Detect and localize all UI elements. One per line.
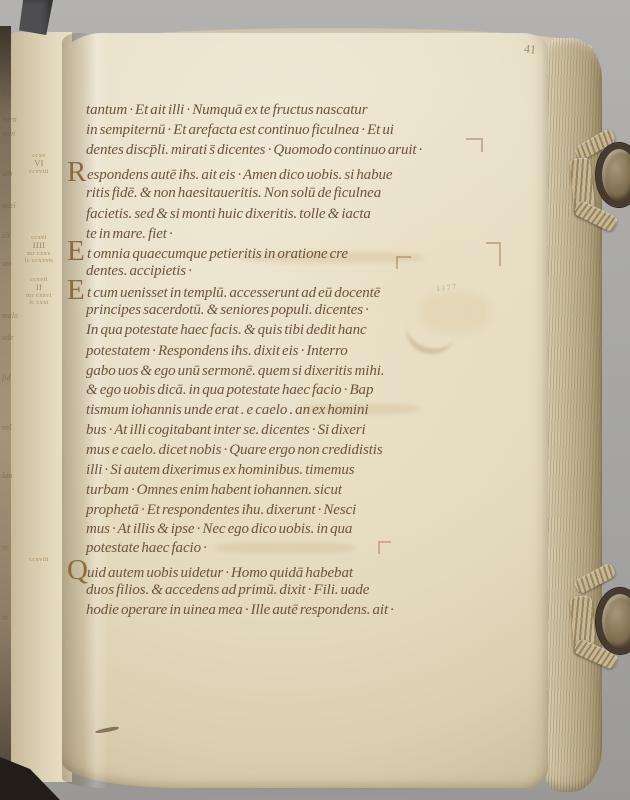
manuscript-line-text: principes sacerdotū. & seniores populi. …	[86, 302, 369, 318]
canon-note-line: mr cxxv	[20, 250, 58, 257]
leaf-edge-text-fragment: um	[2, 260, 32, 268]
manuscript-line: Et cum uenisset in templū. accesserunt a…	[67, 281, 380, 302]
manuscript-line: gabo uos & ego unū sermonē. quem si dixe…	[86, 363, 384, 380]
canon-note-line: mr cxxvi	[20, 292, 58, 299]
manuscript-line: illi · Si autem dixerimus ex hominibus. …	[86, 462, 355, 479]
offset-bracket-mark	[466, 138, 483, 152]
manuscript-line-text: illi · Si autem dixerimus ex hominibus. …	[86, 462, 355, 478]
manuscript-line-text: hodie operare in uinea mea · Ille autē r…	[86, 602, 394, 618]
manuscript-line: Quid autem uobis uidetur · Homo quidā ha…	[67, 561, 353, 582]
leaf-edge-text-fragment: urbi	[2, 130, 32, 138]
leaf-edge-text-fragment: uth	[2, 170, 32, 178]
canon-note-line: lc cxxi	[20, 299, 58, 306]
manuscript-line-text: & ego uobis dicā. in qua potestate haec …	[86, 382, 373, 398]
manuscript-line: duos filios. & accedens ad primū. dixit …	[86, 582, 369, 599]
canon-margin-note: ccxviiIImr cxxvilc cxxi	[20, 276, 58, 306]
manuscript-line-text: dentes discp̄li. mirati s̄ dicentes · Qu…	[86, 142, 422, 158]
manuscript-line-text: bus · At illi cogitabant inter se. dicen…	[86, 422, 366, 438]
illuminated-initial: R	[67, 165, 87, 179]
manuscript-line-text: ritis fidē. & non haesitaueritis. Non so…	[86, 185, 381, 201]
leaf-edge-text-fragment: nrī	[2, 424, 32, 432]
leaf-edge-text-fragment: fid	[2, 374, 32, 382]
manuscript-line: prophetā · Et respondentes iħu. dixerunt…	[86, 502, 356, 519]
manuscript-line: tismum iohannis unde erat . e caelo . an…	[86, 402, 368, 419]
leaf-edge-text-fragment: m	[2, 614, 32, 622]
manuscript-line-text: potestatem · Respondens iħs. dixit eis ·…	[86, 343, 348, 359]
manuscript-line-text: potestate haec facio ·	[86, 540, 207, 556]
manuscript-line-text: espondens autē iħs. ait eis · Amen dico …	[87, 167, 392, 183]
canon-note-line: IIII	[20, 241, 58, 250]
manuscript-line-text: tismum iohannis unde erat . e caelo . an…	[86, 402, 368, 418]
manuscript-line: facietis. sed & si monti huic dixeritis.…	[86, 206, 371, 223]
canon-note-line: II	[20, 283, 58, 292]
leaf-edge-text-fragment: fec	[2, 90, 32, 98]
manuscript-line: tantum · Et ait illi · Numquā ex te fruc…	[86, 102, 367, 119]
manuscript-line: mus · At illis & ipse · Nec ego dico uob…	[86, 521, 352, 538]
canon-note-line: ccxviii	[20, 556, 58, 563]
manuscript-line-text: uid autem uobis uidetur · Homo quidā hab…	[87, 565, 353, 581]
manuscript-line-text: facietis. sed & si monti huic dixeritis.…	[86, 206, 371, 222]
illuminated-initial: Q	[67, 563, 87, 577]
offset-bracket-mark	[486, 242, 501, 266]
spine-edge	[0, 26, 11, 774]
manuscript-line-text: tantum · Et ait illi · Numquā ex te fruc…	[86, 102, 367, 118]
canon-margin-note: ccxviii	[20, 556, 58, 563]
manuscript-line: ritis fidē. & non haesitaueritis. Non so…	[86, 185, 381, 202]
canon-note-line: VI	[20, 159, 58, 168]
leaf-edge-text-fragment: mala	[2, 312, 32, 320]
offset-bracket-mark	[396, 256, 411, 269]
manuscript-line-text: te in mare. fiet ·	[86, 226, 173, 242]
illuminated-initial: E	[67, 244, 87, 258]
manuscript-line: potestate haec facio ·	[86, 540, 207, 557]
illuminated-initial: E	[67, 283, 87, 297]
pencil-annotation: 1177	[436, 282, 458, 292]
leaf-edge-text-fragment: bern	[2, 116, 32, 124]
leaf-edge-text-fragment: te	[2, 544, 32, 552]
leaf-edge-text-fragment: adeī	[2, 202, 32, 210]
manuscript-line: mus e caelo. dicet nobis · Quare ergo no…	[86, 442, 383, 459]
manuscript-line-text: In qua potestate haec facis. & quis tibi…	[86, 322, 367, 338]
manuscript-line: potestatem · Respondens iħs. dixit eis ·…	[86, 343, 348, 360]
offset-bracket-mark	[378, 541, 391, 554]
manuscript-line: & ego uobis dicā. in qua potestate haec …	[86, 382, 373, 399]
manuscript-line: dentes. accipietis ·	[86, 263, 192, 280]
folio-number: 41	[523, 41, 537, 57]
manuscript-line: In qua potestate haec facis. & quis tibi…	[86, 322, 367, 339]
leaf-edge-text-fragment: cā	[2, 232, 32, 240]
manuscript-line-text: prophetā · Et respondentes iħu. dixerunt…	[86, 502, 356, 518]
manuscript-line-text: gabo uos & ego unū sermonē. quem si dixe…	[86, 363, 384, 379]
manuscript-line-text: mus e caelo. dicet nobis · Quare ergo no…	[86, 442, 383, 458]
manuscript-line: in sempiternū · Et arefacta est continuo…	[86, 122, 394, 139]
manuscript-line-text: t omnia quaecumque petieritis in oration…	[87, 246, 348, 262]
leaf-edge-text-fragment: lau	[2, 472, 32, 480]
leaf-edge-text-fragment: ude	[2, 334, 32, 342]
manuscript-line-text: duos filios. & accedens ad primū. dixit …	[86, 582, 369, 598]
manuscript-line: Et omnia quaecumque petieritis in oratio…	[67, 242, 348, 263]
manuscript-line-text: in sempiternū · Et arefacta est continuo…	[86, 122, 394, 138]
manuscript-line: hodie operare in uinea mea · Ille autē r…	[86, 602, 394, 619]
manuscript-line-text: turbam · Omnes enim habent iohannen. sic…	[86, 482, 342, 498]
manuscript-line-text: t cum uenisset in templū. accesserunt ad…	[87, 285, 380, 301]
manuscript-line: principes sacerdotū. & seniores populi. …	[86, 302, 369, 319]
manuscript-photo: tantum · Et ait illi · Numquā ex te fruc…	[0, 0, 630, 800]
manuscript-line-text: mus · At illis & ipse · Nec ego dico uob…	[86, 521, 352, 537]
manuscript-line: bus · At illi cogitabant inter se. dicen…	[86, 422, 366, 439]
manuscript-line: te in mare. fiet ·	[86, 226, 173, 243]
manuscript-line: Respondens autē iħs. ait eis · Amen dico…	[67, 163, 392, 184]
manuscript-line-text: dentes. accipietis ·	[86, 263, 192, 279]
ink-offset-smudge	[215, 543, 355, 553]
manuscript-line: turbam · Omnes enim habent iohannen. sic…	[86, 482, 342, 499]
manuscript-line: dentes discp̄li. mirati s̄ dicentes · Qu…	[86, 142, 422, 159]
